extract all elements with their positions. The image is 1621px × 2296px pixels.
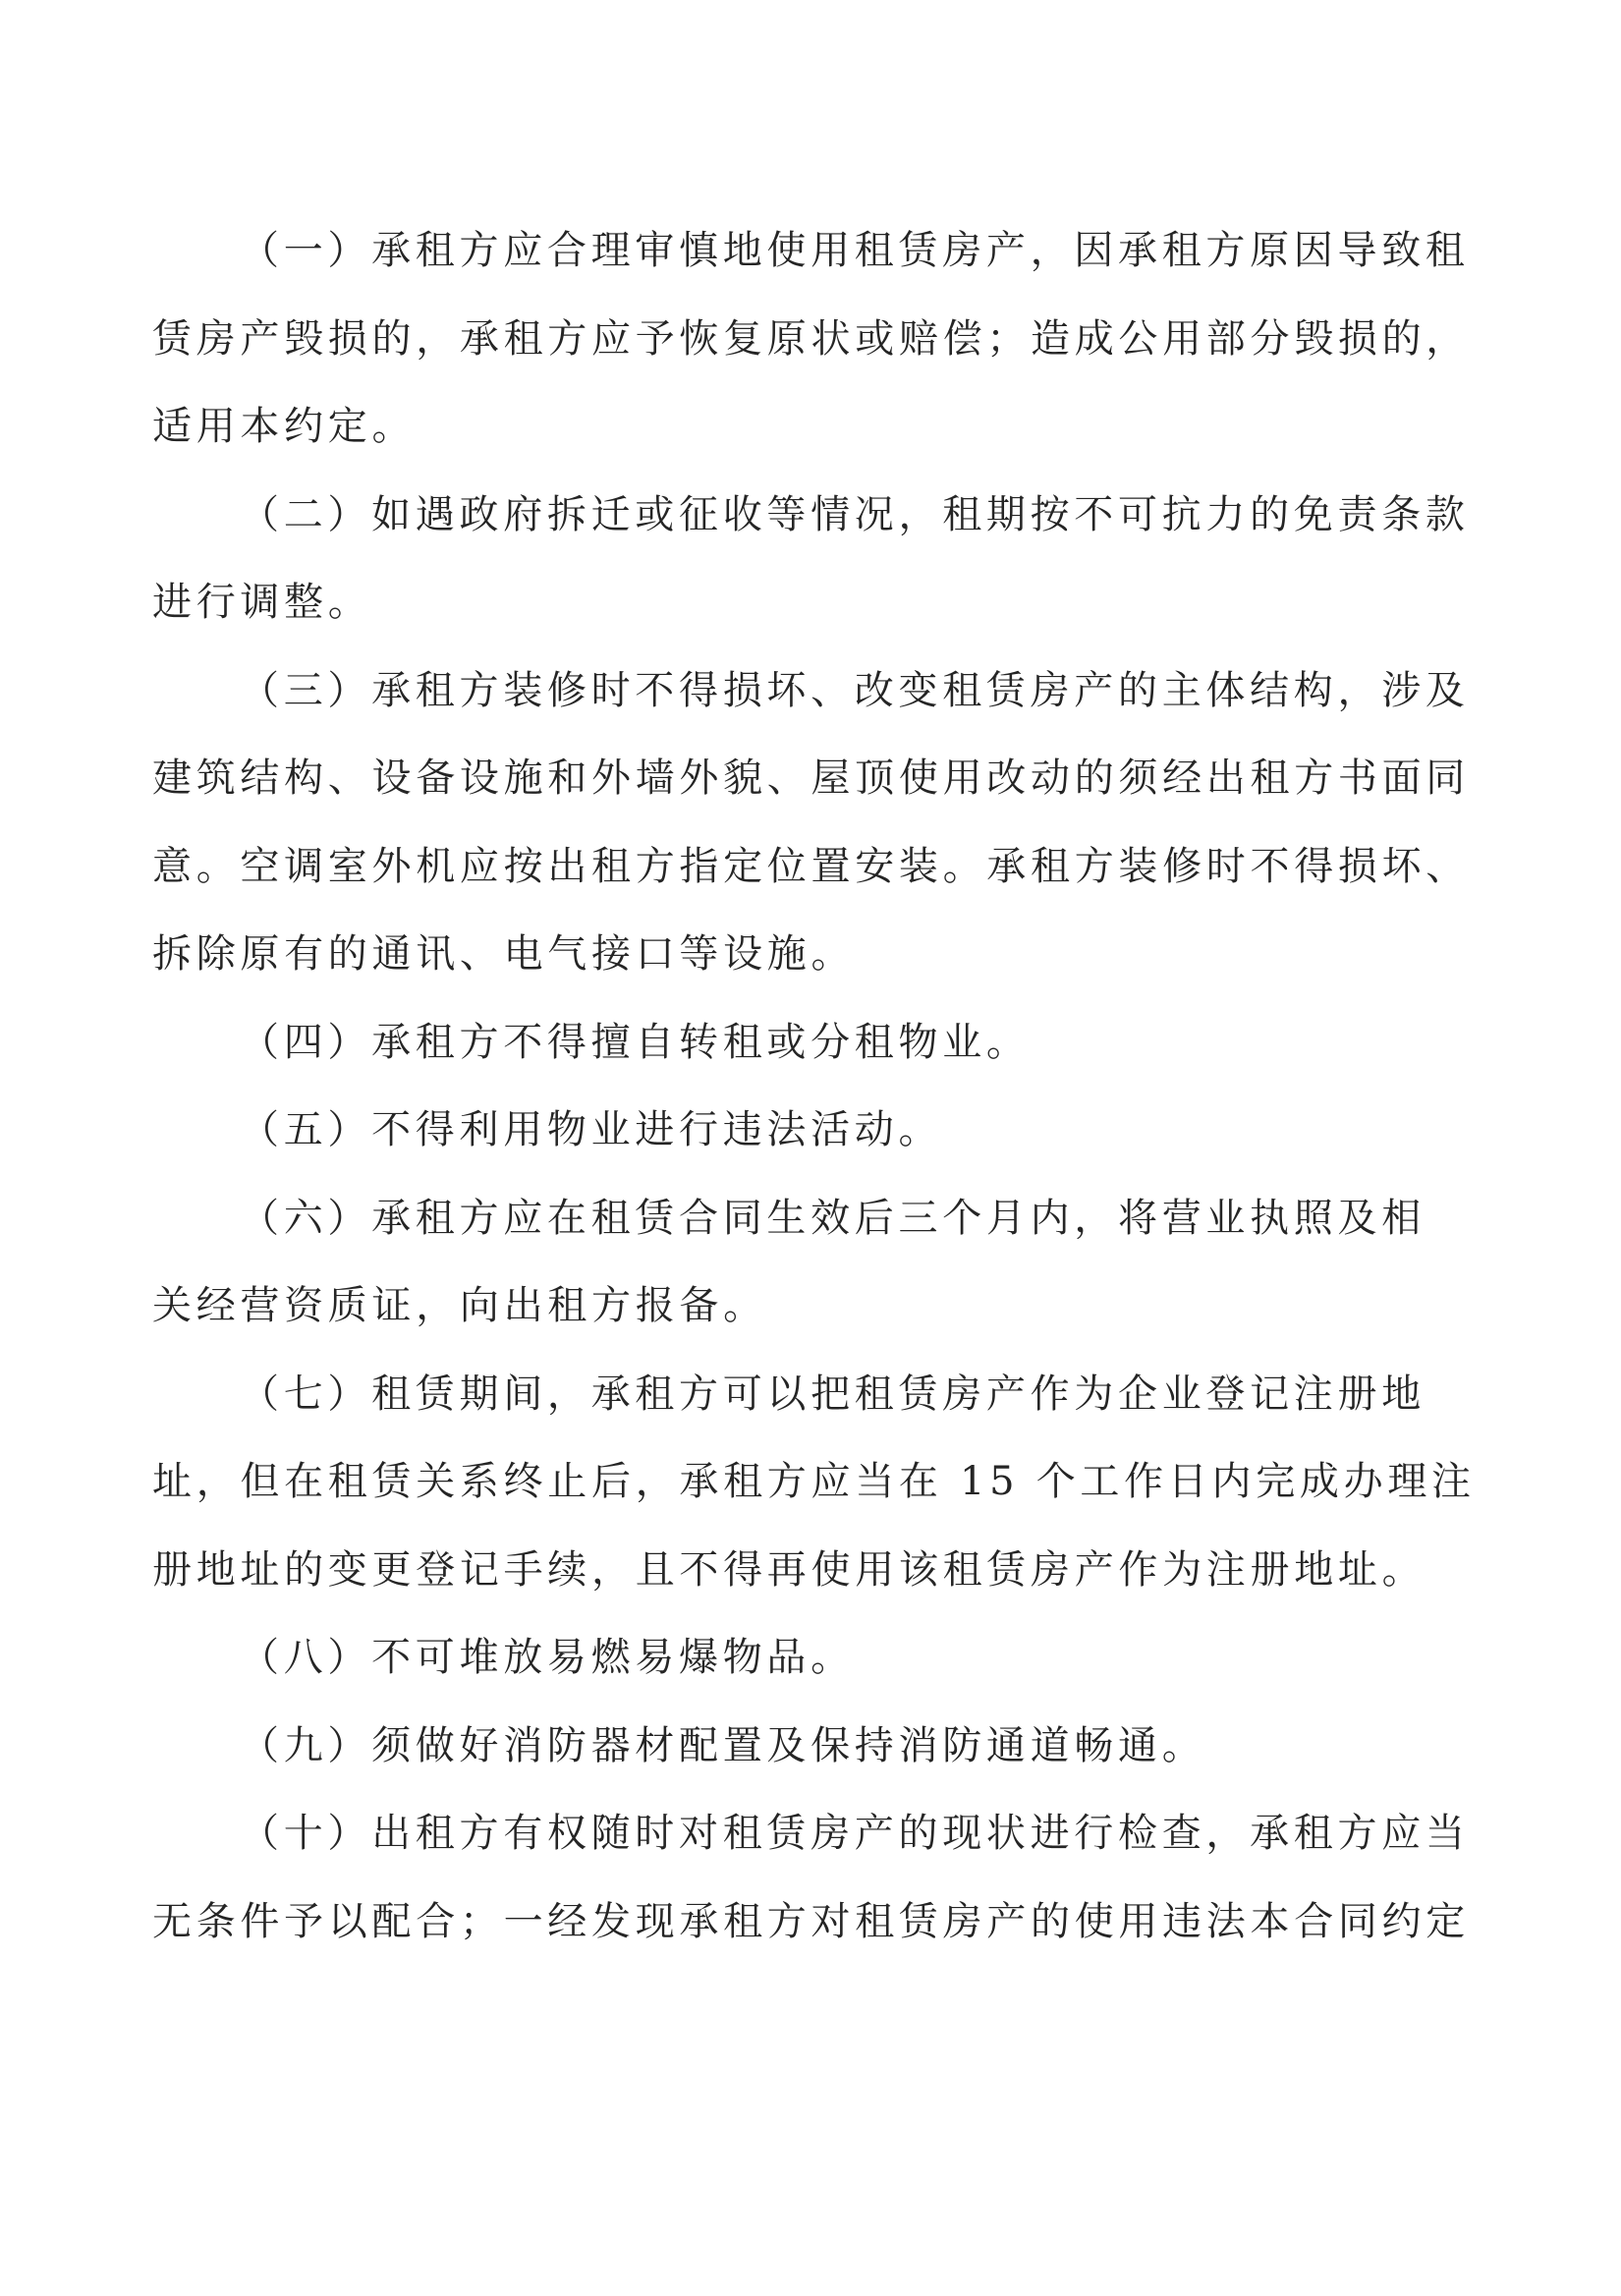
paragraph-line: 关经营资质证，向出租方报备。 xyxy=(152,1262,1439,1351)
paragraph-line: 适用本约定。 xyxy=(152,383,1439,472)
paragraph-line: （五）不得利用物业进行违法活动。 xyxy=(152,1087,1439,1175)
clause-5-paragraph: （五）不得利用物业进行违法活动。 xyxy=(152,1087,1439,1175)
clause-9-paragraph: （九）须做好消防器材配置及保持消防通道畅通。 xyxy=(152,1703,1439,1791)
clause-7-paragraph: （七）租赁期间，承租方可以把租赁房产作为企业登记注册地 址，但在租赁关系终止后，… xyxy=(152,1351,1439,1615)
paragraph-line: （八）不可堆放易燃易爆物品。 xyxy=(152,1614,1439,1703)
paragraph-line: 无条件予以配合；一经发现承租方对租赁房产的使用违法本合同约定 xyxy=(152,1878,1439,1967)
paragraph-line: （六）承租方应在租赁合同生效后三个月内，将营业执照及相 xyxy=(152,1175,1439,1263)
paragraph-line: 赁房产毁损的，承租方应予恢复原状或赔偿；造成公用部分毁损的， xyxy=(152,296,1439,384)
paragraph-line: 册地址的变更登记手续，且不得再使用该租赁房产作为注册地址。 xyxy=(152,1527,1439,1615)
clause-1-paragraph: （一）承租方应合理审慎地使用租赁房产，因承租方原因导致租 赁房产毁损的，承租方应… xyxy=(152,207,1439,472)
clause-4-paragraph: （四）承租方不得擅自转租或分租物业。 xyxy=(152,999,1439,1088)
paragraph-line: （十）出租方有权随时对租赁房产的现状进行检查，承租方应当 xyxy=(152,1790,1439,1878)
paragraph-line: （四）承租方不得擅自转租或分租物业。 xyxy=(152,999,1439,1088)
paragraph-line: 址，但在租赁关系终止后，承租方应当在 15 个工作日内完成办理注 xyxy=(152,1438,1439,1527)
document-page: （一）承租方应合理审慎地使用租赁房产，因承租方原因导致租 赁房产毁损的，承租方应… xyxy=(0,0,1621,2296)
clause-8-paragraph: （八）不可堆放易燃易爆物品。 xyxy=(152,1614,1439,1703)
paragraph-line: 建筑结构、设备设施和外墙外貌、屋顶使用改动的须经出租方书面同 xyxy=(152,735,1439,823)
paragraph-line: 进行调整。 xyxy=(152,559,1439,647)
paragraph-line: （三）承租方装修时不得损坏、改变租赁房产的主体结构，涉及 xyxy=(152,647,1439,736)
clause-6-paragraph: （六）承租方应在租赁合同生效后三个月内，将营业执照及相 关经营资质证，向出租方报… xyxy=(152,1175,1439,1351)
clause-2-paragraph: （二）如遇政府拆迁或征收等情况，租期按不可抗力的免责条款 进行调整。 xyxy=(152,472,1439,647)
paragraph-line: （九）须做好消防器材配置及保持消防通道畅通。 xyxy=(152,1703,1439,1791)
paragraph-line: （一）承租方应合理审慎地使用租赁房产，因承租方原因导致租 xyxy=(152,207,1439,296)
paragraph-line: （二）如遇政府拆迁或征收等情况，租期按不可抗力的免责条款 xyxy=(152,472,1439,560)
paragraph-line: 意。空调室外机应按出租方指定位置安装。承租方装修时不得损坏、 xyxy=(152,823,1439,912)
paragraph-line: （七）租赁期间，承租方可以把租赁房产作为企业登记注册地 xyxy=(152,1351,1439,1439)
paragraph-line: 拆除原有的通讯、电气接口等设施。 xyxy=(152,911,1439,999)
clause-10-paragraph: （十）出租方有权随时对租赁房产的现状进行检查，承租方应当 无条件予以配合；一经发… xyxy=(152,1790,1439,1966)
document-body: （一）承租方应合理审慎地使用租赁房产，因承租方原因导致租 赁房产毁损的，承租方应… xyxy=(152,207,1439,1966)
clause-3-paragraph: （三）承租方装修时不得损坏、改变租赁房产的主体结构，涉及 建筑结构、设备设施和外… xyxy=(152,647,1439,999)
